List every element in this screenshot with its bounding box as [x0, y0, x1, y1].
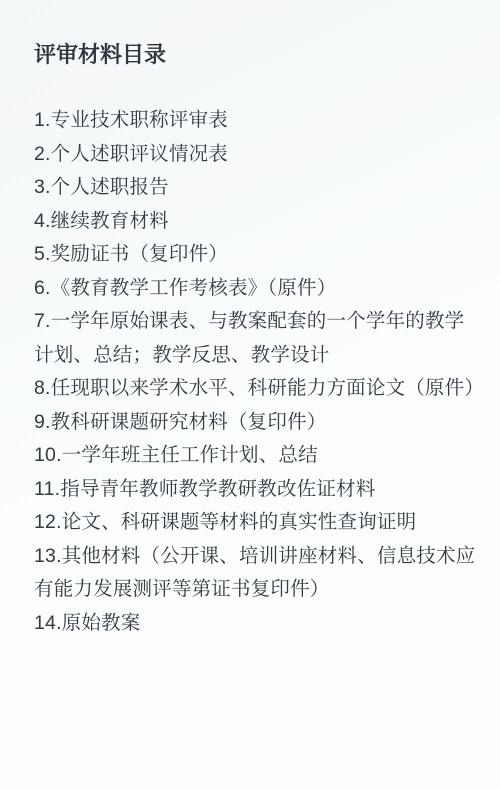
- toc-item-6: 6.《教育教学工作考核表》（原件）: [34, 272, 480, 306]
- toc-item-3: 3.个人述职报告: [34, 171, 480, 205]
- document-page: 评审材料目录 1.专业技术职称评审表 2.个人述职评议情况表 3.个人述职报告 …: [0, 0, 500, 789]
- toc-item-13: 13.其他材料（公开课、培训讲座材料、信息技术应有能力发展测评等第证书复印件）: [34, 540, 480, 607]
- toc-item-7: 7.一学年原始课表、与教案配套的一个学年的教学计划、总结；教学反思、教学设计: [34, 305, 480, 372]
- toc-item-11: 11.指导青年教师教学教研教改佐证材料: [34, 473, 480, 507]
- toc-item-14: 14.原始教案: [34, 607, 480, 641]
- toc-item-9: 9.教科研课题研究材料（复印件）: [34, 406, 480, 440]
- toc-item-4: 4.继续教育材料: [34, 205, 480, 239]
- toc-item-10: 10.一学年班主任工作计划、总结: [34, 439, 480, 473]
- toc-item-5: 5.奖励证书（复印件）: [34, 238, 480, 272]
- toc-list: 1.专业技术职称评审表 2.个人述职评议情况表 3.个人述职报告 4.继续教育材…: [34, 104, 480, 640]
- toc-item-12: 12.论文、科研课题等材料的真实性查询证明: [34, 506, 480, 540]
- toc-item-1: 1.专业技术职称评审表: [34, 104, 480, 138]
- page-title: 评审材料目录: [34, 38, 480, 71]
- toc-item-2: 2.个人述职评议情况表: [34, 138, 480, 172]
- toc-item-8: 8.任现职以来学术水平、科研能力方面论文（原件）: [34, 372, 480, 406]
